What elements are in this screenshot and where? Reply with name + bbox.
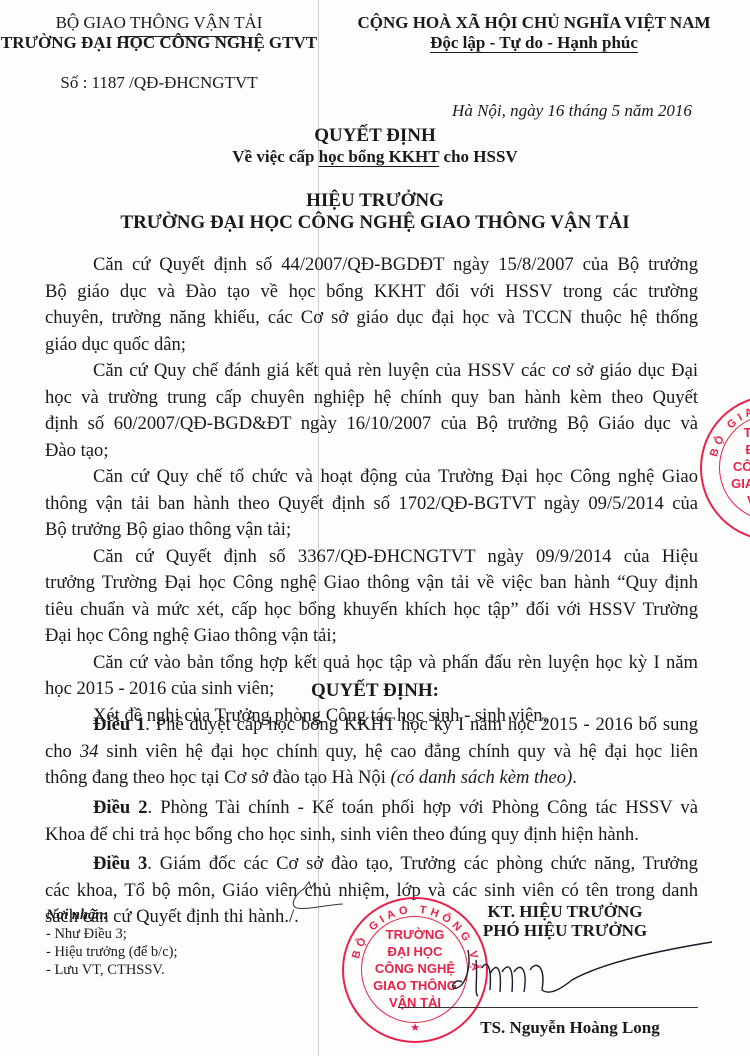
decision-title: QUYẾT ĐỊNH: [0, 125, 750, 147]
preamble-line: trưởng Trường Đại học Công nghệ Giao thô…: [45, 570, 698, 597]
attachment-note: (có danh sách kèm theo): [391, 767, 573, 788]
signer-name: TS. Nguyễn Hoàng Long: [440, 1018, 700, 1038]
article-1-line2-suffix: sinh viên hệ đại học chính quy, hệ cao đ…: [98, 741, 698, 762]
ministry-name: BỘ GIAO THÔNG VẬN TẢI: [0, 13, 318, 33]
official-seal-edge: TRƯỜNG ĐẠI HỌC CÔNG NGHỆ GIAO THÔNG VẬN …: [700, 395, 750, 541]
preamble-line: Căn cứ Quy chế tổ chức và hoạt động của …: [45, 464, 698, 491]
article-3-line1: . Giám đốc các Cơ sở đào tạo, Trưởng các…: [147, 853, 698, 874]
document-number: Số : 1187 /QĐ-ĐHCNGTVT: [0, 73, 318, 93]
article-1-end: .: [572, 767, 577, 788]
preamble-line: chuyên, trường năng khiếu, các Cơ sở giá…: [45, 305, 698, 332]
article-1-text: . Phê duyệt cấp học bổng KKHT học kỳ I n…: [145, 714, 698, 735]
preamble-line: tiêu chuẩn và mức xét, cấp học bổng khuy…: [45, 597, 698, 624]
motto-text: Độc lập - Tự do - Hạnh phúc: [430, 33, 638, 52]
preamble: Căn cứ Quyết định số 44/2007/QĐ-BGDĐT ng…: [45, 252, 698, 729]
preamble-line: Căn cứ Quyết định số 44/2007/QĐ-BGDĐT ng…: [45, 252, 698, 279]
initials-mark: [285, 880, 345, 920]
signature-line: [398, 1007, 698, 1008]
country-name: CỘNG HOÀ XÃ HỘI CHỦ NGHĨA VIỆT NAM: [318, 13, 750, 33]
preamble-line: Căn cứ vào bản tổng hợp kết quả học tập …: [45, 650, 698, 677]
recipient-item: - Như Điều 3;: [46, 926, 127, 944]
authority-title: HIỆU TRƯỞNG: [0, 190, 750, 212]
svg-text:BỘ GIAO THÔNG VẬN TẢI: BỘ GIAO THÔNG VẬN TẢI: [702, 397, 750, 473]
national-motto: Độc lập - Tự do - Hạnh phúc: [318, 33, 750, 53]
preamble-line: Bộ giáo dục và Đào tạo về học bổng KKHT …: [45, 279, 698, 306]
seal-ring-text: BỘ GIAO THÔNG VẬN TẢI: [702, 397, 750, 539]
recipient-item: - Lưu VT, CTHSSV.: [46, 962, 165, 980]
preamble-line: thông vận tải ban hành theo Quyết định s…: [45, 491, 698, 518]
preamble-line: giáo dục quốc dân;: [45, 332, 698, 359]
subject-underlined: học bổng KKHT: [319, 147, 440, 166]
handwritten-signature: [450, 938, 720, 1008]
article-1-line3: thông đang theo học tại Cơ sở đào tạo Hà…: [45, 767, 391, 788]
recipients-label: Nơi nhận:: [46, 907, 108, 925]
decision-subject: Về việc cấp học bổng KKHT cho HSSV: [0, 147, 750, 167]
article-2-label: Điều 2: [93, 797, 148, 818]
decision-heading: QUYẾT ĐỊNH:: [0, 680, 750, 702]
preamble-line: định số 60/2007/QĐ-BGD&ĐT ngày 16/10/200…: [45, 411, 698, 438]
preamble-line: Căn cứ Quyết định số 3367/QĐ-ĐHCNGTVT ng…: [45, 544, 698, 571]
article-2-line2: Khoa để chi trả học bổng cho học sinh, s…: [45, 824, 639, 845]
place-date: Hà Nội, ngày 16 tháng 5 năm 2016: [422, 101, 722, 121]
preamble-line: học và trường trung cấp chuyên nghiệp hệ…: [45, 385, 698, 412]
article-1-line2-prefix: cho: [45, 741, 80, 762]
recipient-item: - Hiệu trưởng (để b/c);: [46, 944, 177, 962]
preamble-paragraph: Căn cứ Quyết định số 44/2007/QĐ-BGDĐT ng…: [45, 252, 698, 358]
preamble-line: Đào tạo;: [45, 438, 698, 465]
preamble-paragraph: Căn cứ Quyết định số 3367/QĐ-ĐHCNGTVT ng…: [45, 544, 698, 650]
preamble-line: Bộ trưởng Bộ giao thông vận tải;: [45, 517, 698, 544]
article-2: Điều 2. Phòng Tài chính - Kế toán phối h…: [45, 795, 698, 848]
subject-suffix: cho HSSV: [439, 147, 517, 166]
student-count: 34: [80, 741, 99, 762]
university-underline: [120, 36, 244, 37]
article-1-label: Điều 1: [93, 714, 145, 735]
article-1: Điều 1. Phê duyệt cấp học bổng KKHT học …: [45, 712, 698, 792]
subject-prefix: Về việc cấp: [232, 147, 318, 166]
preamble-paragraph: Căn cứ Quy chế tổ chức và hoạt động của …: [45, 464, 698, 544]
article-2-line1: . Phòng Tài chính - Kế toán phối hợp với…: [148, 797, 698, 818]
article-3-line2: các khoa, Tổ bộ môn, Giáo viên chủ nhiệm…: [45, 880, 698, 901]
preamble-line: Đại học Công nghệ Giao thông vận tải;: [45, 623, 698, 650]
article-3-label: Điều 3: [93, 853, 147, 874]
authority-institution: TRƯỜNG ĐẠI HỌC CÔNG NGHỆ GIAO THÔNG VẬN …: [0, 212, 750, 234]
preamble-paragraph: Căn cứ Quy chế đánh giá kết quả rèn luyệ…: [45, 358, 698, 464]
preamble-line: Căn cứ Quy chế đánh giá kết quả rèn luyệ…: [45, 358, 698, 385]
